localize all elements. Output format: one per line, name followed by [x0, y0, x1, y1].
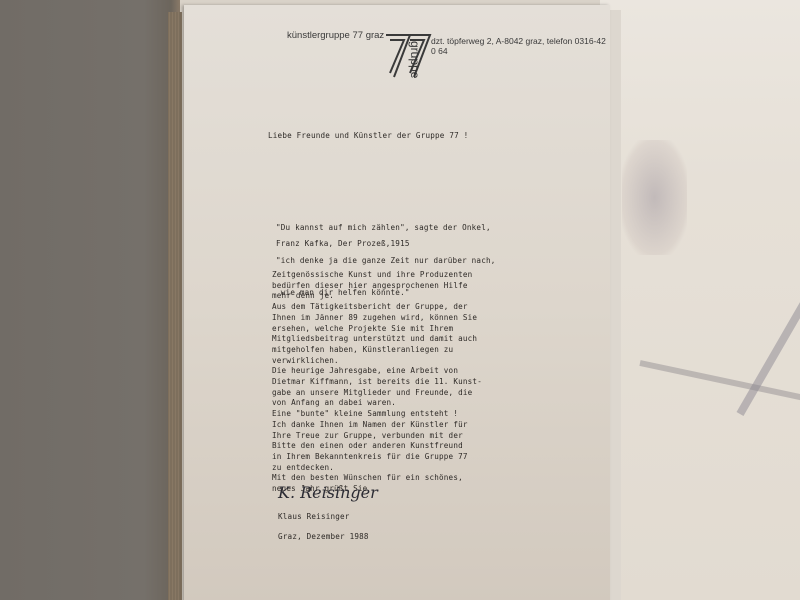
- body-line: ersehen, welche Projekte Sie mit Ihrem: [272, 324, 482, 335]
- body-line: von Anfang an dabei waren.: [272, 398, 482, 409]
- folder-page-edges: [168, 12, 182, 600]
- body-line: zu entdecken.: [272, 463, 482, 474]
- artwork-stain: [622, 140, 687, 255]
- body-line: mitgeholfen haben, Künstleranliegen zu: [272, 345, 482, 356]
- signer-name: Klaus Reisinger: [278, 512, 350, 523]
- body-line: Ich danke Ihnen im Namen der Künstler fü…: [272, 420, 482, 431]
- body-line: Mitgliedsbeitrag unterstützt und damit a…: [272, 334, 482, 345]
- body-line: bedürfen dieser hier angesprochenen Hilf…: [272, 281, 482, 292]
- body-line: Bitte den einen oder anderen Kunstfreund: [272, 441, 482, 452]
- background-artwork-paper: [600, 0, 800, 600]
- body-line: Dietmar Kiffmann, ist bereits die 11. Ku…: [272, 377, 482, 388]
- quote-line: "Du kannst auf mich zählen", sagte der O…: [276, 223, 496, 234]
- body-line: in Ihrem Bekanntenkreis für die Gruppe 7…: [272, 452, 482, 463]
- handwritten-signature: K. Reisinger: [278, 483, 378, 502]
- body-line: Aus dem Tätigkeitsbericht der Gruppe, de…: [272, 302, 482, 313]
- letterhead-organization: künstlergruppe 77 graz: [287, 30, 384, 41]
- body-line: mehr denn je.: [272, 291, 482, 302]
- body-line: Eine "bunte" kleine Sammlung entsteht !: [272, 409, 482, 420]
- letter-sheet: künstlergruppe 77 graz gruppe dzt. töpfe…: [184, 5, 610, 600]
- letter-body: Zeitgenössische Kunst und ihre Produzent…: [272, 270, 482, 495]
- body-line: Zeitgenössische Kunst und ihre Produzent…: [272, 270, 482, 281]
- body-line: Ihre Treue zur Gruppe, verbunden mit der: [272, 431, 482, 442]
- letterhead-address: dzt. töpferweg 2, A-8042 graz, telefon 0…: [431, 36, 610, 56]
- grey-folder-cover: [0, 0, 180, 600]
- logo-word: gruppe: [408, 41, 422, 78]
- letter-greeting: Liebe Freunde und Künstler der Gruppe 77…: [268, 131, 468, 142]
- body-line: Die heurige Jahresgabe, eine Arbeit von: [272, 366, 482, 377]
- body-line: verwirklichen.: [272, 356, 482, 367]
- quote-line: "ich denke ja die ganze Zeit nur darüber…: [276, 256, 496, 267]
- place-date: Graz, Dezember 1988: [278, 532, 369, 543]
- body-line: Ihnen im Jänner 89 zugehen wird, können …: [272, 313, 482, 324]
- quote-source: Franz Kafka, Der Prozeß,1915: [276, 239, 410, 250]
- body-line: gabe an unsere Mitglieder und Freunde, d…: [272, 388, 482, 399]
